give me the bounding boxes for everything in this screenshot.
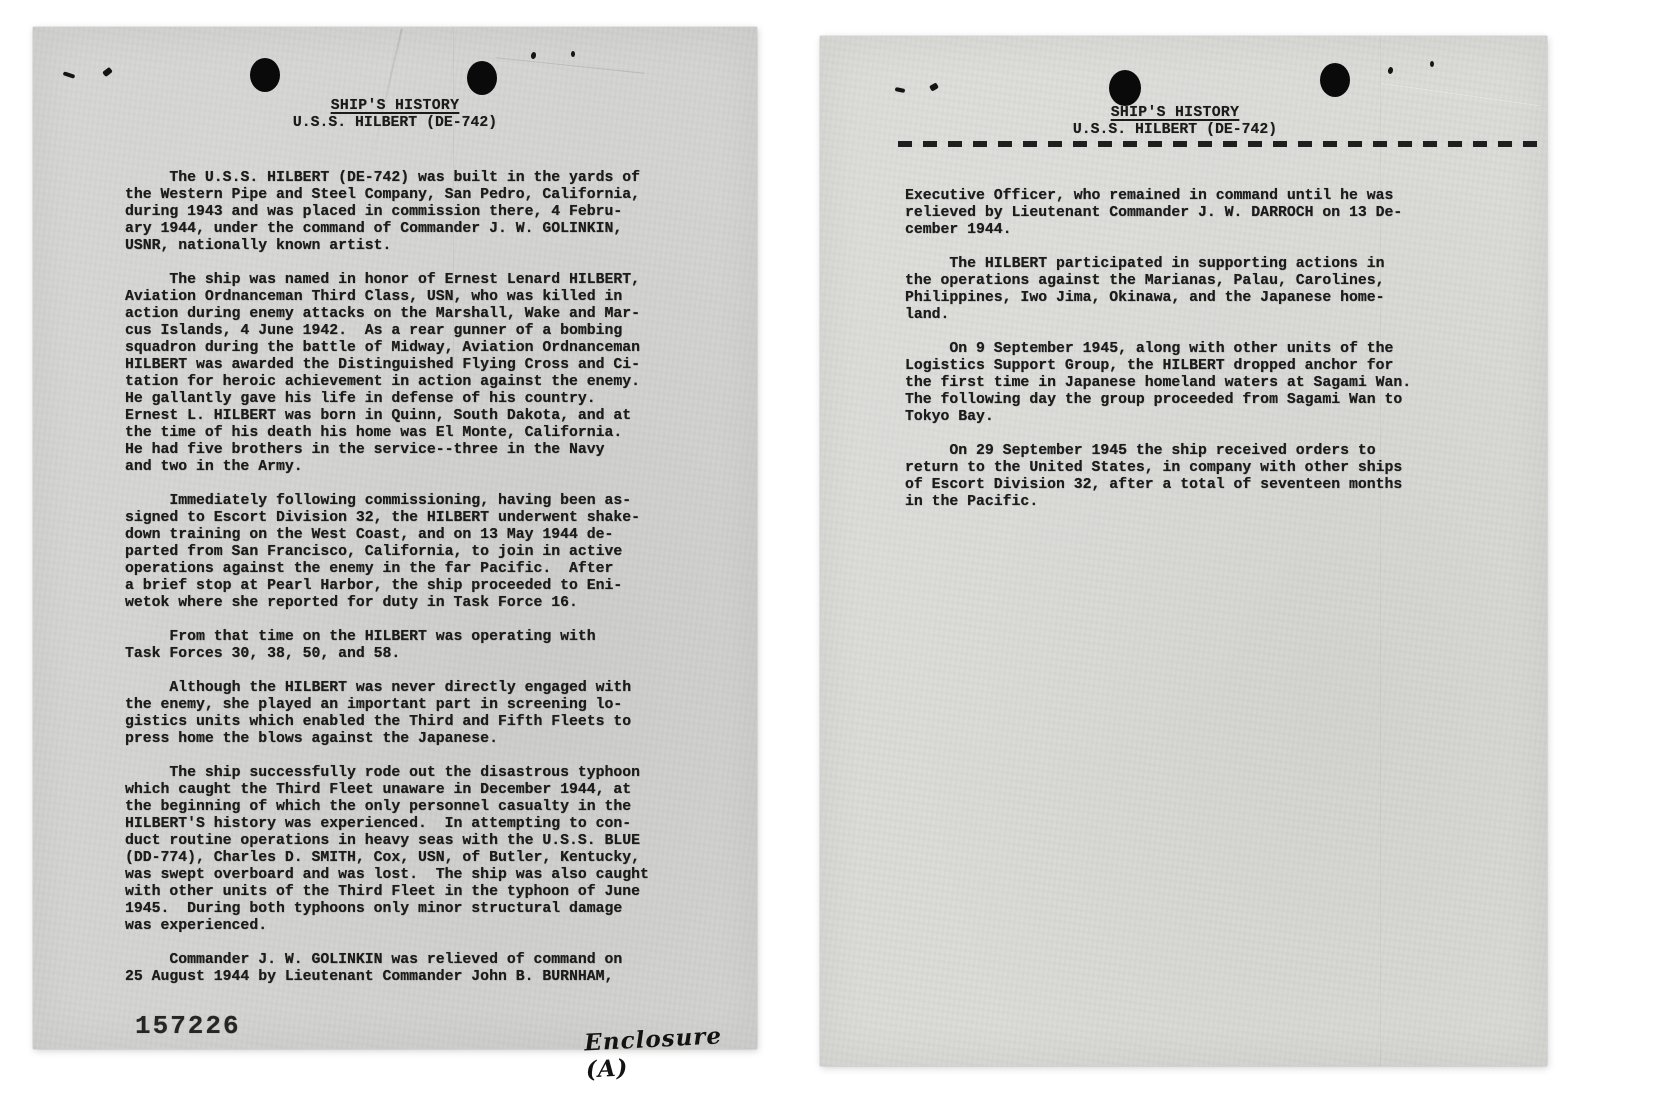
paragraph-3: On 9 September 1945, along with other un… <box>905 341 1495 426</box>
paragraph-4: From that time on the HILBERT was operat… <box>125 629 715 663</box>
ink-speck <box>530 51 537 59</box>
page-title: SHIP'S HISTORY <box>125 98 665 115</box>
paragraph-1: The U.S.S. HILBERT (DE-742) was built in… <box>125 170 715 255</box>
page-header: SHIP'S HISTORY U.S.S. HILBERT (DE-742) <box>125 98 665 132</box>
paragraph-5: Although the HILBERT was never directly … <box>125 680 715 748</box>
paragraph-4: On 29 September 1945 the ship received o… <box>905 443 1495 511</box>
page-body: The U.S.S. HILBERT (DE-742) was built in… <box>125 170 715 1003</box>
scanned-document: SHIP'S HISTORY U.S.S. HILBERT (DE-742) T… <box>0 0 1672 1116</box>
document-page-1: SHIP'S HISTORY U.S.S. HILBERT (DE-742) T… <box>33 27 757 1049</box>
page-header: SHIP'S HISTORY U.S.S. HILBERT (DE-742) <box>905 105 1445 139</box>
paragraph-1: Executive Officer, who remained in comma… <box>905 188 1495 239</box>
paragraph-7: Commander J. W. GOLINKIN was relieved of… <box>125 952 715 986</box>
page-body: Executive Officer, who remained in comma… <box>905 188 1495 528</box>
punch-hole <box>250 58 280 92</box>
ink-speck <box>1430 61 1434 67</box>
paragraph-2: The ship was named in honor of Ernest Le… <box>125 272 715 476</box>
scratch-line <box>1381 83 1540 106</box>
ink-mark <box>63 71 76 79</box>
ink-mark <box>895 87 906 93</box>
ink-speck <box>571 51 575 57</box>
punch-hole <box>1109 70 1141 106</box>
scratch-line <box>495 57 644 74</box>
paragraph-2: The HILBERT participated in supporting a… <box>905 256 1495 324</box>
dashed-divider <box>898 141 1543 147</box>
page-title: SHIP'S HISTORY <box>905 105 1445 122</box>
punch-hole <box>1320 63 1350 97</box>
handwritten-enclosure-note: Enclosure (A) <box>584 1021 759 1084</box>
document-page-2: SHIP'S HISTORY U.S.S. HILBERT (DE-742) E… <box>820 36 1547 1066</box>
serial-stamp: 157226 <box>135 1011 241 1041</box>
ink-mark <box>929 82 939 91</box>
paragraph-6: The ship successfully rode out the disas… <box>125 765 715 935</box>
paragraph-3: Immediately following commissioning, hav… <box>125 493 715 612</box>
page-subtitle: U.S.S. HILBERT (DE-742) <box>905 122 1445 139</box>
page-subtitle: U.S.S. HILBERT (DE-742) <box>125 115 665 132</box>
paper-crease <box>369 29 402 166</box>
ink-mark <box>102 67 113 77</box>
ink-speck <box>1387 67 1393 75</box>
punch-hole <box>467 61 497 95</box>
